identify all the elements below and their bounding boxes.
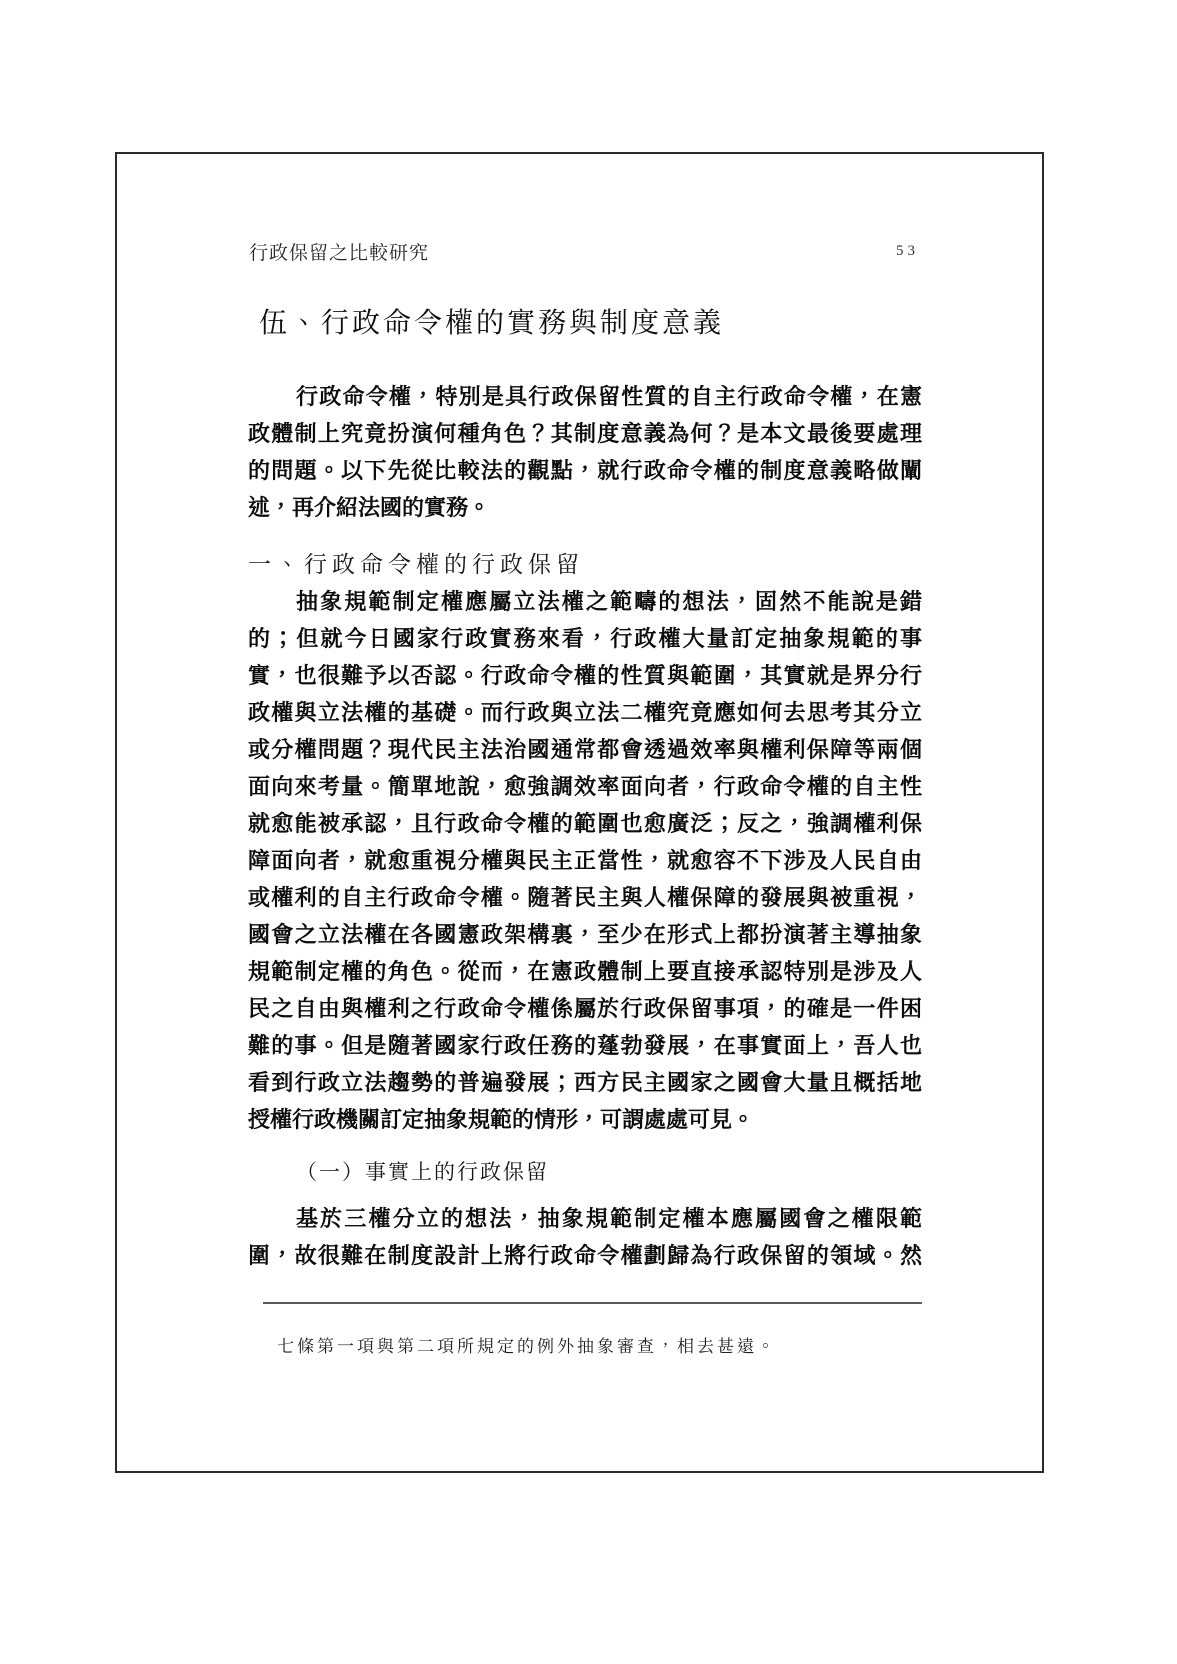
intro-paragraph: 行政命令權，特別是具行政保留性質的自主行政命令權，在憲政體制上究竟扮演何種角色？… [248, 378, 922, 526]
section-paragraph: 抽象規範制定權應屬立法權之範疇的想法，固然不能說是錯的；但就今日國家行政實務來看… [248, 583, 922, 1138]
text-line: 授權行政機關訂定抽象規範的情形，可謂處處可見。 [248, 1101, 922, 1138]
text-line: 抽象規範制定權應屬立法權之範疇的想法，固然不能說是錯 [248, 583, 922, 620]
document-page: 行政保留之比較研究 53 伍、行政命令權的實務與制度意義 行政命令權，特別是具行… [0, 0, 1177, 1664]
text-line: 的問題。以下先從比較法的觀點，就行政命令權的制度意義略做闡 [248, 452, 922, 489]
running-header-title: 行政保留之比較研究 [249, 238, 429, 265]
page-number: 53 [896, 243, 919, 260]
subsection-heading-one: 一、行政命令權的行政保留 [248, 546, 584, 579]
text-line: 基於三權分立的想法，抽象規範制定權本應屬國會之權限範 [248, 1200, 922, 1237]
text-line: 國會之立法權在各國憲政架構裏，至少在形式上都扮演著主導抽象 [248, 916, 922, 953]
text-line: 或權利的自主行政命令權。隨著民主與人權保障的發展與被重視， [248, 879, 922, 916]
text-line: 的；但就今日國家行政實務來看，行政權大量訂定抽象規範的事 [248, 620, 922, 657]
text-line: 就愈能被承認，且行政命令權的範圍也愈廣泛；反之，強調權利保 [248, 805, 922, 842]
text-line: 規範制定權的角色。從而，在憲政體制上要直接承認特別是涉及人 [248, 953, 922, 990]
text-line: 面向來考量。簡單地說，愈強調效率面向者，行政命令權的自主性 [248, 768, 922, 805]
text-line: 實，也很難予以否認。行政命令權的性質與範圍，其實就是界分行 [248, 657, 922, 694]
text-line: 或分權問題？現代民主法治國通常都會透過效率與權利保障等兩個 [248, 731, 922, 768]
text-line: 民之自由與權利之行政命令權係屬於行政保留事項，的確是一件困 [248, 990, 922, 1027]
text-line: 圍，故很難在制度設計上將行政命令權劃歸為行政保留的領域。然 [248, 1237, 922, 1274]
text-line: 政權與立法權的基礎。而行政與立法二權究竟應如何去思考其分立 [248, 694, 922, 731]
section-title: 伍、行政命令權的實務與制度意義 [259, 301, 724, 341]
text-line: 看到行政立法趨勢的普遍發展；西方民主國家之國會大量且概括地 [248, 1064, 922, 1101]
text-line: 行政命令權，特別是具行政保留性質的自主行政命令權，在憲 [248, 378, 922, 415]
text-line: 述，再介紹法國的實務。 [248, 489, 922, 526]
text-line: 障面向者，就愈重視分權與民主正當性，就愈容不下涉及人民自由 [248, 842, 922, 879]
text-line: 難的事。但是隨著國家行政任務的蓬勃發展，在事實面上，吾人也 [248, 1027, 922, 1064]
footnote-text: 七條第一項與第二項所規定的例外抽象審查，相去甚遠。 [277, 1332, 777, 1357]
text-line: 政體制上究竟扮演何種角色？其制度意義為何？是本文最後要處理 [248, 415, 922, 452]
footnote-separator-line [263, 1302, 922, 1304]
subsection-paragraph: 基於三權分立的想法，抽象規範制定權本應屬國會之權限範圍，故很難在制度設計上將行政… [248, 1200, 922, 1274]
subsubsection-heading: （一）事實上的行政保留 [296, 1156, 549, 1186]
